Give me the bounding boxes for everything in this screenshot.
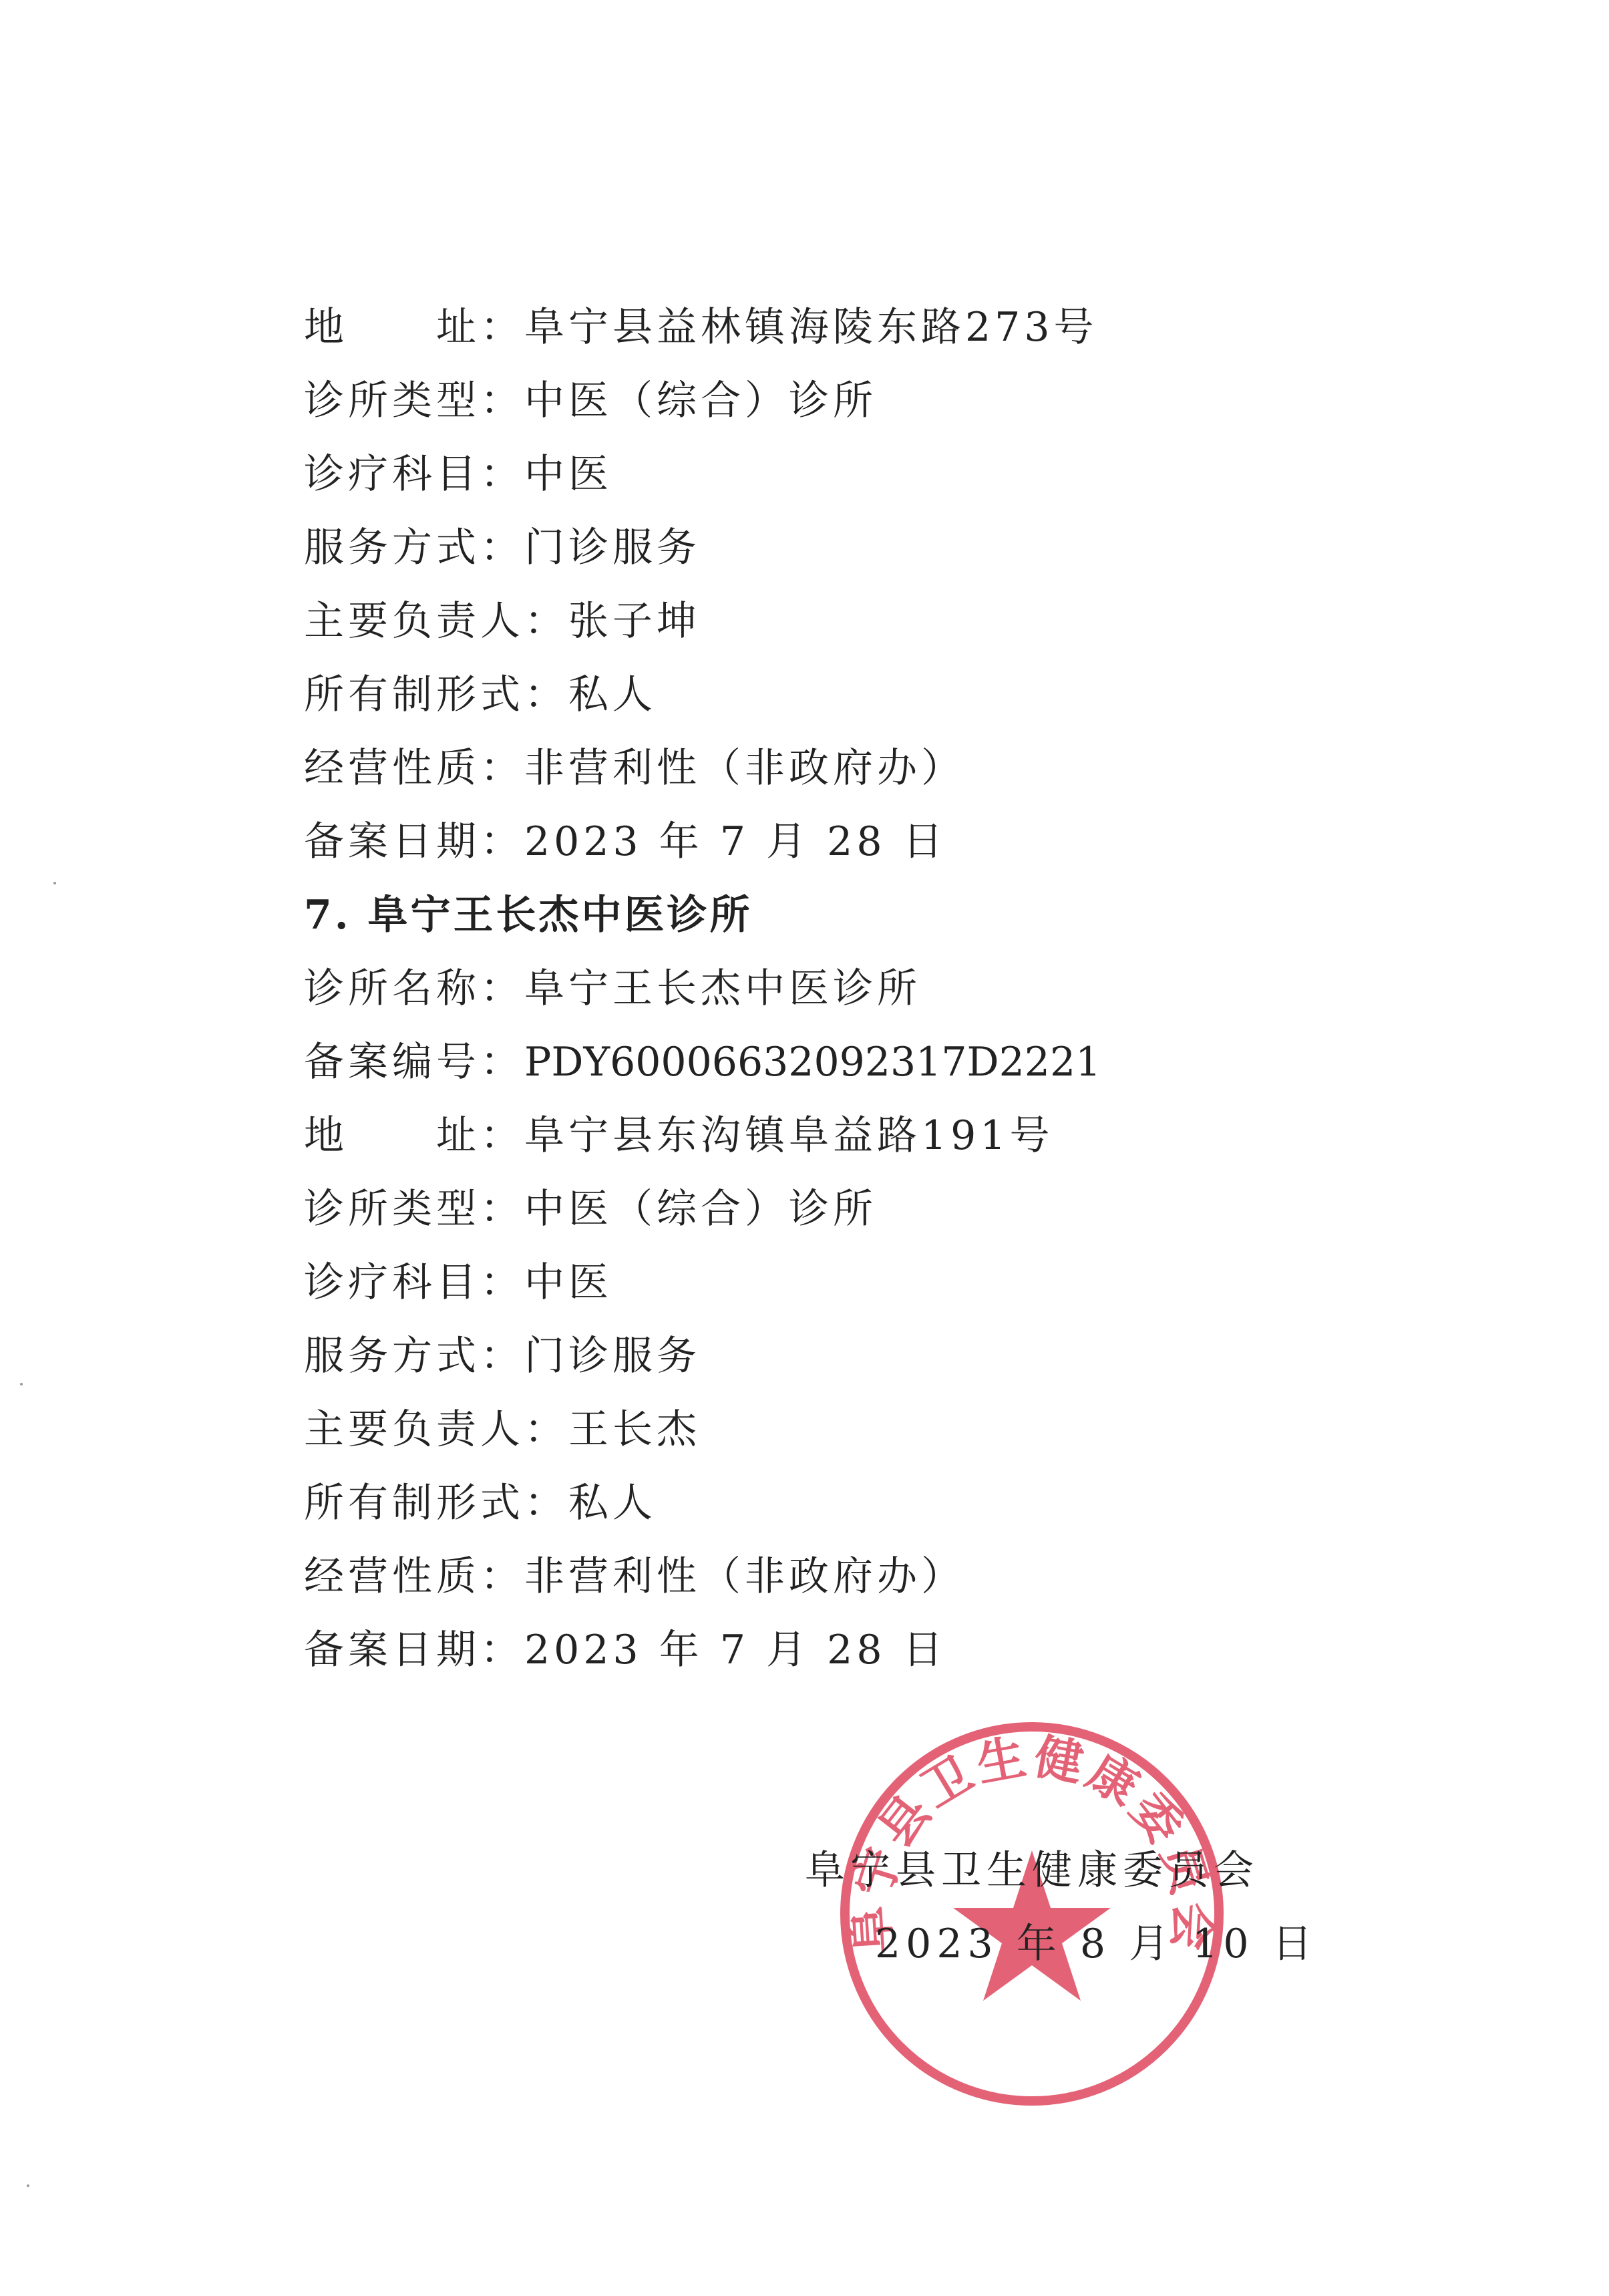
official-seal: 阜宁县卫生健康委员会	[835, 1717, 1229, 2111]
separator: ：	[480, 377, 524, 424]
field-label: 经营性质	[304, 1550, 480, 1603]
field-ownership: 所有制形式：私人	[304, 668, 657, 721]
field-value: 张子坤	[568, 598, 701, 645]
field-label: 备案日期	[304, 1623, 480, 1677]
issuing-organization: 阜宁县卫生健康委员会	[805, 1844, 1259, 1897]
field-ownership: 所有制形式：私人	[304, 1476, 657, 1530]
field-value: 门诊服务	[524, 524, 701, 571]
issue-date: 2023 年 8 月 10 日	[875, 1917, 1318, 1971]
section-heading: 7. 阜宁王长杰中医诊所	[304, 888, 753, 942]
field-value: 门诊服务	[524, 1333, 701, 1379]
field-label: 备案编号	[304, 1035, 480, 1089]
separator: ：	[524, 1406, 568, 1453]
separator: ：	[480, 965, 524, 1012]
field-business-nature: 经营性质：非营利性（非政府办）	[304, 1550, 965, 1603]
field-value: 中医（综合）诊所	[524, 377, 877, 424]
scan-speck	[20, 1383, 23, 1385]
field-principal: 主要负责人：张子坤	[304, 595, 701, 648]
field-record-number: 备案编号：PDY60006632092317D2221	[304, 1035, 1101, 1089]
separator: ：	[480, 745, 524, 792]
field-label: 诊疗科目	[304, 448, 480, 501]
separator: ：	[524, 598, 568, 645]
field-value: 阜宁王长杰中医诊所	[524, 965, 921, 1012]
field-label: 诊疗科目	[304, 1256, 480, 1309]
separator: ：	[524, 1480, 568, 1526]
scan-speck	[27, 2184, 29, 2187]
separator: ：	[480, 451, 524, 498]
field-label: 所有制形式	[304, 1476, 524, 1530]
field-value: 2023 年 7 月 28 日	[524, 1627, 947, 1673]
separator: ：	[480, 1112, 524, 1159]
field-label: 诊所类型	[304, 1182, 480, 1236]
field-department: 诊疗科目：中医	[304, 448, 612, 501]
field-value: PDY60006632092317D2221	[524, 1039, 1101, 1086]
field-label: 诊所类型	[304, 374, 480, 428]
field-label: 经营性质	[304, 742, 480, 795]
field-value: 私人	[568, 671, 657, 718]
separator: ：	[480, 1553, 524, 1600]
field-label: 主要负责人	[304, 595, 524, 648]
field-address: 地 址：阜宁县东沟镇阜益路191号	[304, 1109, 1054, 1162]
separator: ：	[480, 524, 524, 571]
field-label: 备案日期	[304, 815, 480, 868]
field-label: 主要负责人	[304, 1403, 524, 1456]
field-filing-date: 备案日期：2023 年 7 月 28 日	[304, 815, 947, 868]
document-page: 地 址：阜宁县益林镇海陵东路273号 诊所类型：中医（综合）诊所 诊疗科目：中医…	[0, 0, 1609, 2296]
separator: ：	[480, 818, 524, 865]
field-value: 私人	[568, 1480, 657, 1526]
field-value: 非营利性（非政府办）	[524, 1553, 965, 1600]
field-value: 中医（综合）诊所	[524, 1186, 877, 1233]
field-value: 非营利性（非政府办）	[524, 745, 965, 792]
field-value: 王长杰	[568, 1406, 701, 1453]
separator: ：	[480, 1259, 524, 1306]
scan-speck	[53, 882, 56, 884]
field-address: 地 址：阜宁县益林镇海陵东路273号	[304, 301, 1098, 354]
field-department: 诊疗科目：中医	[304, 1256, 612, 1309]
field-service-mode: 服务方式：门诊服务	[304, 521, 701, 575]
field-service-mode: 服务方式：门诊服务	[304, 1329, 701, 1383]
separator: ：	[480, 1333, 524, 1379]
field-clinic-name: 诊所名称：阜宁王长杰中医诊所	[304, 962, 921, 1015]
field-value: 中医	[524, 1259, 612, 1306]
field-label: 服务方式	[304, 521, 480, 575]
separator: ：	[524, 671, 568, 718]
field-business-nature: 经营性质：非营利性（非政府办）	[304, 742, 965, 795]
field-value: 阜宁县益林镇海陵东路273号	[524, 304, 1098, 351]
field-clinic-type: 诊所类型：中医（综合）诊所	[304, 1182, 877, 1236]
field-value: 阜宁县东沟镇阜益路191号	[524, 1112, 1054, 1159]
field-label: 所有制形式	[304, 668, 524, 721]
field-label: 地 址	[304, 1109, 480, 1162]
field-label: 诊所名称	[304, 962, 480, 1015]
field-principal: 主要负责人：王长杰	[304, 1403, 701, 1456]
separator: ：	[480, 304, 524, 351]
field-value: 中医	[524, 451, 612, 498]
separator: ：	[480, 1039, 524, 1086]
field-label: 服务方式	[304, 1329, 480, 1383]
field-label: 地 址	[304, 301, 480, 354]
separator: ：	[480, 1627, 524, 1673]
field-filing-date: 备案日期：2023 年 7 月 28 日	[304, 1623, 947, 1677]
field-clinic-type: 诊所类型：中医（综合）诊所	[304, 374, 877, 428]
separator: ：	[480, 1186, 524, 1233]
field-value: 2023 年 7 月 28 日	[524, 818, 947, 865]
